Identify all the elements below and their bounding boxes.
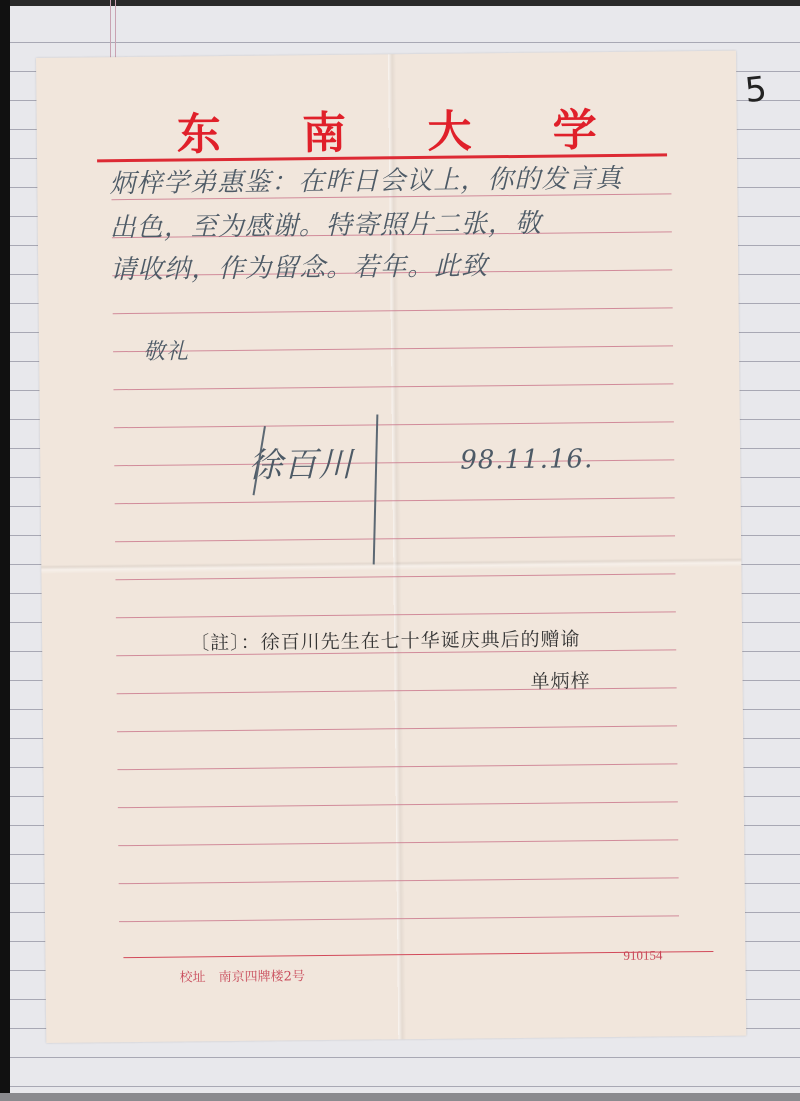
- ruled-line: [114, 421, 674, 428]
- ruled-line: [117, 763, 677, 770]
- footer-address: 校址 南京四牌楼2号: [180, 965, 305, 985]
- scan-edge-top: [0, 0, 800, 6]
- letterhead-char: 东: [176, 98, 221, 162]
- letterhead-title: 东 南 大 学: [176, 94, 597, 162]
- ruled-line: [118, 801, 678, 808]
- ruled-line: [113, 383, 673, 390]
- ruled-line: [117, 725, 677, 732]
- ruled-line: [119, 877, 679, 884]
- ruled-line: [119, 915, 679, 922]
- letter-closing: 敬礼: [143, 334, 189, 365]
- ruled-line: [118, 839, 678, 846]
- signature-stroke: [373, 414, 379, 564]
- letter-line-2: 出色，至为感谢。特寄照片二张，敬: [110, 203, 542, 245]
- ruled-line: [117, 687, 677, 694]
- scan-edge-left: [0, 0, 10, 1101]
- ruled-line: [115, 497, 675, 504]
- ruled-line: [115, 535, 675, 542]
- ruled-line: [115, 573, 675, 580]
- letterhead-char: 学: [552, 94, 597, 158]
- letter-date: 98.11.16.: [460, 444, 593, 475]
- notebook-margin-line: [115, 0, 116, 60]
- letter-line-3: 请收纳，作为留念。若年。此致: [110, 245, 488, 286]
- ruled-line: [116, 611, 676, 618]
- letterhead-sheet: 东 南 大 学 炳梓学弟惠鉴：在昨日会议上，你的发言真 出色，至为感谢。特寄照片…: [36, 51, 746, 1043]
- letter-line-1: 炳梓学弟惠鉴：在昨日会议上，你的发言真: [109, 158, 622, 200]
- annotation-note: 〔註〕：徐百川先生在七十华诞庆典后的赠谕: [190, 624, 581, 655]
- notebook-margin-line: [110, 0, 111, 60]
- footer-code: 910154: [623, 947, 662, 963]
- letterhead-char: 南: [302, 97, 347, 161]
- ruled-line: [113, 307, 673, 314]
- letterhead-char: 大: [427, 95, 472, 159]
- ruled-line: [113, 345, 673, 352]
- page-number: 5: [743, 69, 769, 111]
- letter-signature: 徐百川: [248, 437, 354, 487]
- annotation-signer: 单炳梓: [530, 666, 590, 694]
- scan-edge-bottom: [0, 1093, 800, 1101]
